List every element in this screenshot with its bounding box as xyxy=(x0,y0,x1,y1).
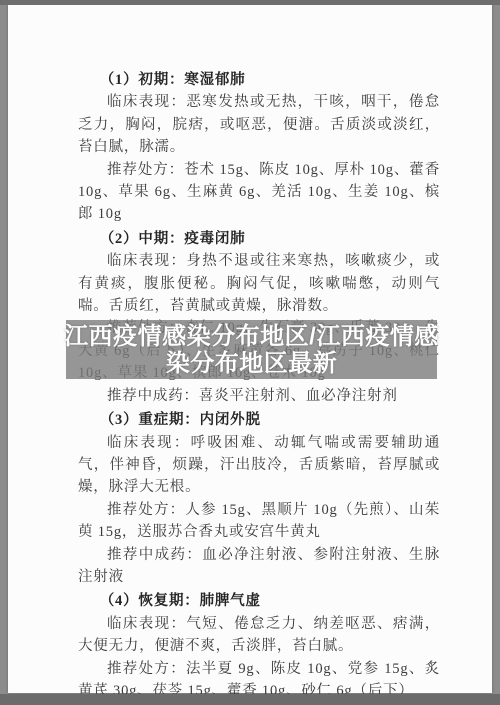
section-heading: （1）初期：寒湿郁肺 xyxy=(78,69,440,91)
recommended-prescription-paragraph: 推荐处方：苍术 15g、陈皮 10g、厚朴 10g、藿香 10g、草果 6g、生… xyxy=(78,159,440,226)
clinical-manifestations-paragraph: 临床表现：呼吸困难、动辄气喘或需要辅助通气，伴神昏，烦躁，汗出肢冷，舌质紫暗，苔… xyxy=(78,432,440,499)
section-heading: （3）重症期：内闭外脱 xyxy=(78,409,440,431)
headline-overlay: 江西疫情感染分布地区/江西疫情感 染分布地区最新 xyxy=(66,320,437,379)
document-section-initial-stage: （1）初期：寒湿郁肺 临床表现：恶寒发热或无热，干咳，咽干，倦怠乏力，胸闷，脘痞… xyxy=(78,69,440,226)
bottom-border-bar xyxy=(0,694,500,705)
headline-line-2: 染分布地区最新 xyxy=(166,350,338,377)
top-border-bar xyxy=(0,0,500,5)
section-heading: （4）恢复期：肺脾气虚 xyxy=(78,590,440,612)
section-heading: （2）中期：疫毒闭肺 xyxy=(78,228,440,250)
clinical-manifestations-paragraph: 临床表现：身热不退或往来寒热，咳嗽痰少，或有黄痰，腹胀便秘。胸闷气促，咳嗽喘憋，… xyxy=(78,250,440,317)
clinical-manifestations-paragraph: 临床表现：气短、倦怠乏力、纳差呕恶、痞满，大便无力，便溏不爽，舌淡胖，苔白腻。 xyxy=(78,613,440,658)
document-section-middle-stage: （2）中期：疫毒闭肺 临床表现：身热不退或往来寒热，咳嗽痰少，或有黄痰，腹胀便秘… xyxy=(78,228,440,407)
recommended-patent-medicine-paragraph: 推荐中成药：喜炎平注射剂、血必净注射剂 xyxy=(78,385,440,407)
document-section-recovery-stage: （4）恢复期：肺脾气虚 临床表现：气短、倦怠乏力、纳差呕恶、痞满，大便无力，便溏… xyxy=(78,590,440,702)
clinical-manifestations-paragraph: 临床表现：恶寒发热或无热，干咳，咽干，倦怠乏力，胸闷，脘痞，或呕恶，便溏。舌质淡… xyxy=(78,91,440,158)
recommended-patent-medicine-paragraph: 推荐中成药：血必净注射液、参附注射液、生脉注射液 xyxy=(78,544,440,589)
recommended-prescription-paragraph: 推荐处方：人参 15g、黑顺片 10g（先煎）、山茱萸 15g，送服苏合香丸或安… xyxy=(78,499,440,544)
document-section-severe-stage: （3）重症期：内闭外脱 临床表现：呼吸困难、动辄气喘或需要辅助通气，伴神昏，烦躁… xyxy=(78,409,440,588)
headline-line-1: 江西疫情感染分布地区/江西疫情感 xyxy=(64,323,439,350)
